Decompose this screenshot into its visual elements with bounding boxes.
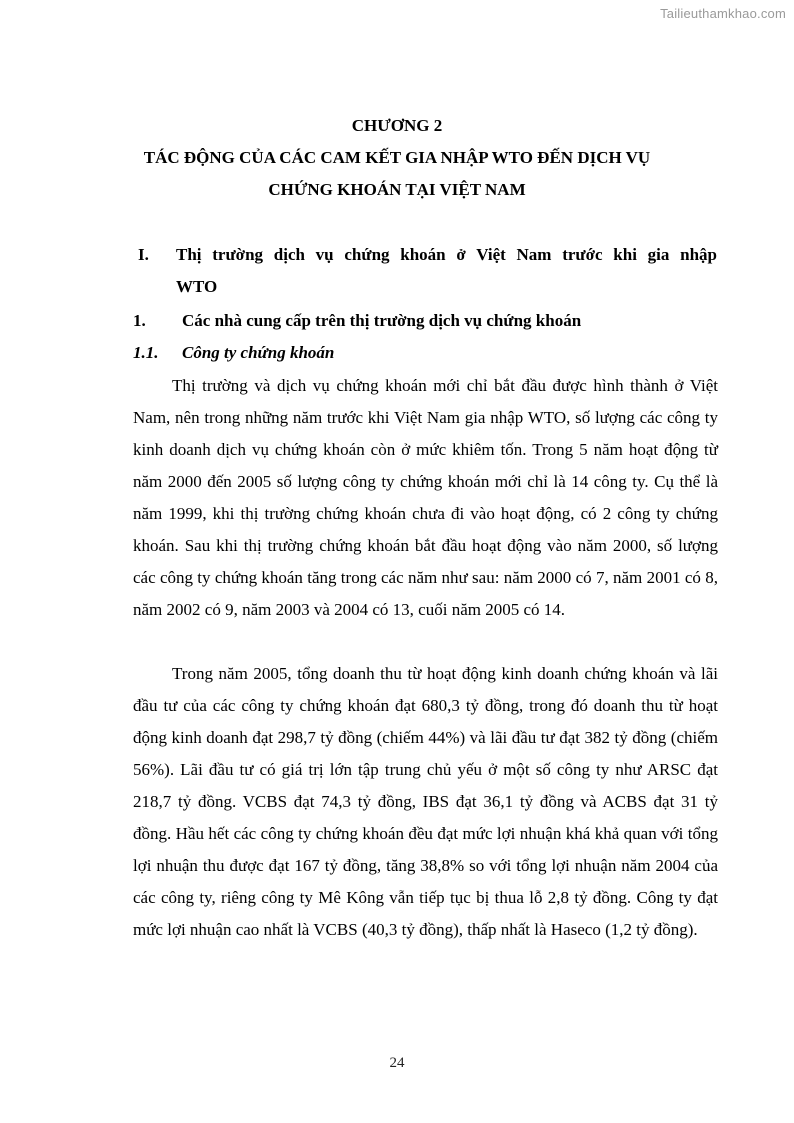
section-marker: I. bbox=[138, 245, 149, 265]
page-number: 24 bbox=[0, 1055, 794, 1072]
section-title-line-1: Thị trường dịch vụ chứng khoán ở Việt Na… bbox=[176, 245, 717, 265]
chapter-number: CHƯƠNG 2 bbox=[0, 116, 794, 136]
chapter-title-line-2: CHỨNG KHOÁN TẠI VIỆT NAM bbox=[0, 180, 794, 200]
watermark: Tailieuthamkhao.com bbox=[660, 6, 786, 21]
subsection-title: Các nhà cung cấp trên thị trường dịch vụ… bbox=[182, 311, 581, 331]
subsection-marker: 1. bbox=[133, 311, 146, 331]
section-title-line-2: WTO bbox=[176, 277, 217, 297]
subsubsection-title: Công ty chứng khoán bbox=[182, 343, 334, 363]
body-paragraph: Thị trường và dịch vụ chứng khoán mới ch… bbox=[133, 370, 718, 626]
chapter-title-line-1: TÁC ĐỘNG CỦA CÁC CAM KẾT GIA NHẬP WTO ĐẾ… bbox=[0, 148, 794, 168]
body-paragraph: Trong năm 2005, tổng doanh thu từ hoạt đ… bbox=[133, 658, 718, 946]
subsubsection-marker: 1.1. bbox=[133, 343, 159, 363]
